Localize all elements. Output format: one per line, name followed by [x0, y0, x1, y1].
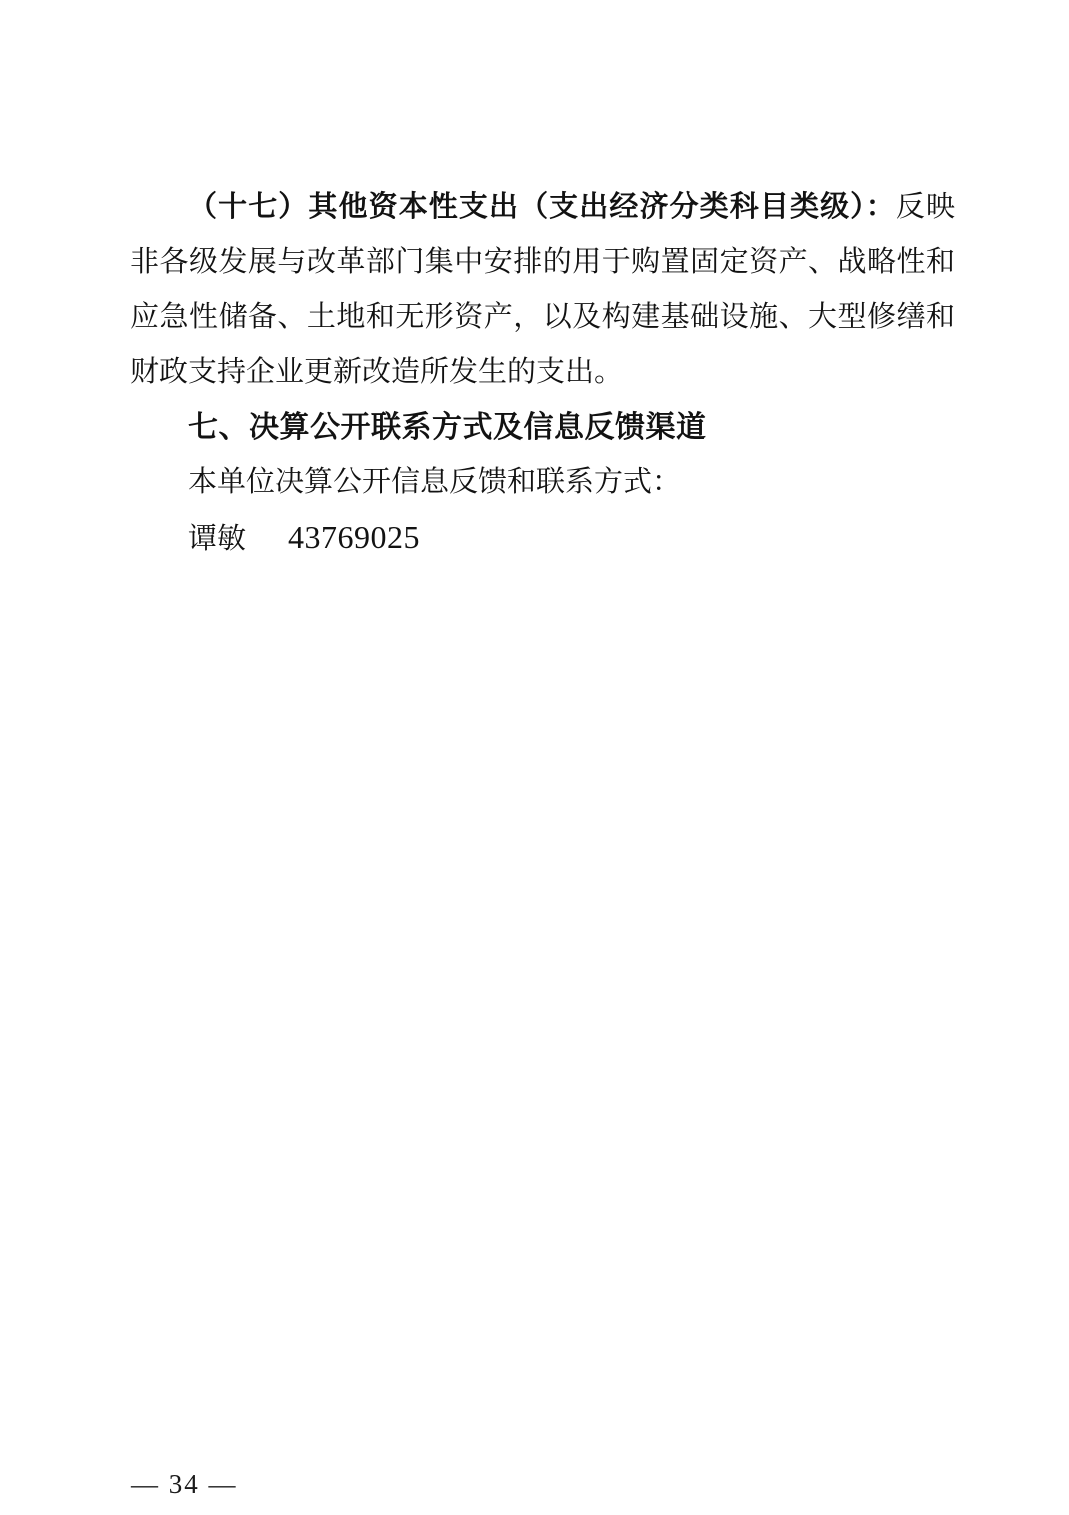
- paragraph-item17-line1-regular: 反映: [896, 191, 955, 223]
- section7-heading: 七、决算公开联系方式及信息反馈渠道: [130, 400, 955, 455]
- section7-intro-line: 本单位决算公开信息反馈和联系方式：: [130, 455, 955, 510]
- contact-name: 谭敏: [188, 523, 246, 555]
- page-number: — 34 —: [131, 1469, 238, 1500]
- section7-contact-line: 谭敏43769025: [130, 510, 955, 567]
- contact-phone-number: 43769025: [288, 519, 420, 555]
- paragraph-item17-line2: 非各级发展与改革部门集中安排的用于购置固定资产、战略性和: [130, 235, 955, 290]
- paragraph-item17-line4: 财政支持企业更新改造所发生的支出。: [130, 345, 955, 400]
- paragraph-item17-line3: 应急性储备、土地和无形资产，以及构建基础设施、大型修缮和: [130, 290, 955, 345]
- document-body: （十七）其他资本性支出（支出经济分类科目类级）：反映 非各级发展与改革部门集中安…: [130, 180, 955, 567]
- paragraph-item17-bold-lead: （十七）其他资本性支出（支出经济分类科目类级）：: [188, 191, 896, 223]
- paragraph-item17-line1: （十七）其他资本性支出（支出经济分类科目类级）：反映: [130, 180, 955, 235]
- document-page: （十七）其他资本性支出（支出经济分类科目类级）：反映 非各级发展与改革部门集中安…: [0, 0, 1069, 1515]
